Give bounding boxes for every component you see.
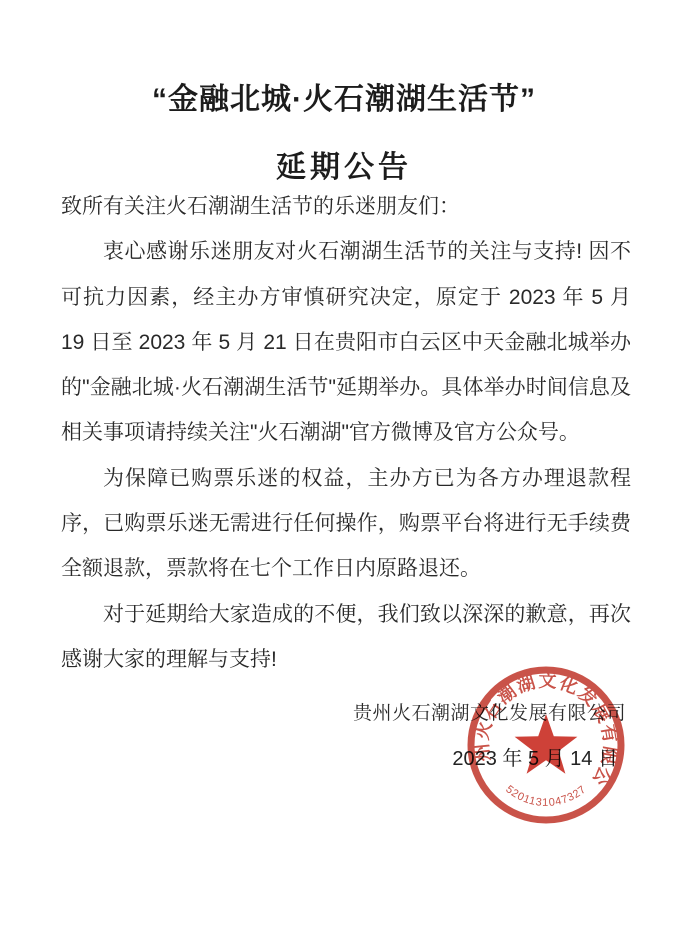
seal-serial-number: 5201131047327: [503, 783, 588, 809]
document-body: 致所有关注火石潮湖生活节的乐迷朋友们： 衷心感谢乐迷朋友对火石潮湖生活节的关注与…: [61, 184, 631, 682]
body-paragraph-refund: 为保障已购票乐迷的权益，主办方已为各方办理退款程序，已购票乐迷无需进行任何操作，…: [61, 456, 631, 592]
salutation: 致所有关注火石潮湖生活节的乐迷朋友们：: [61, 184, 631, 229]
body-paragraph-apology: 对于延期给大家造成的不便，我们致以深深的歉意，再次感谢大家的理解与支持!: [61, 592, 631, 683]
signature-date: 2023 年 5 月 14 日: [452, 742, 618, 771]
seal-serial-number-text: 5201131047327: [503, 783, 588, 809]
document-title-notice-type: 延期公告: [0, 142, 688, 186]
document-title-event-name: “金融北城·火石潮湖生活节”: [0, 74, 688, 118]
announcement-document: “金融北城·火石潮湖生活节” 延期公告 致所有关注火石潮湖生活节的乐迷朋友们： …: [0, 0, 688, 940]
body-paragraph-postponement: 衷心感谢乐迷朋友对火石潮湖生活节的关注与支持! 因不可抗力因素，经主办方审慎研究…: [61, 229, 631, 455]
signature-company-name: 贵州火石潮湖文化发展有限公司: [353, 698, 626, 725]
